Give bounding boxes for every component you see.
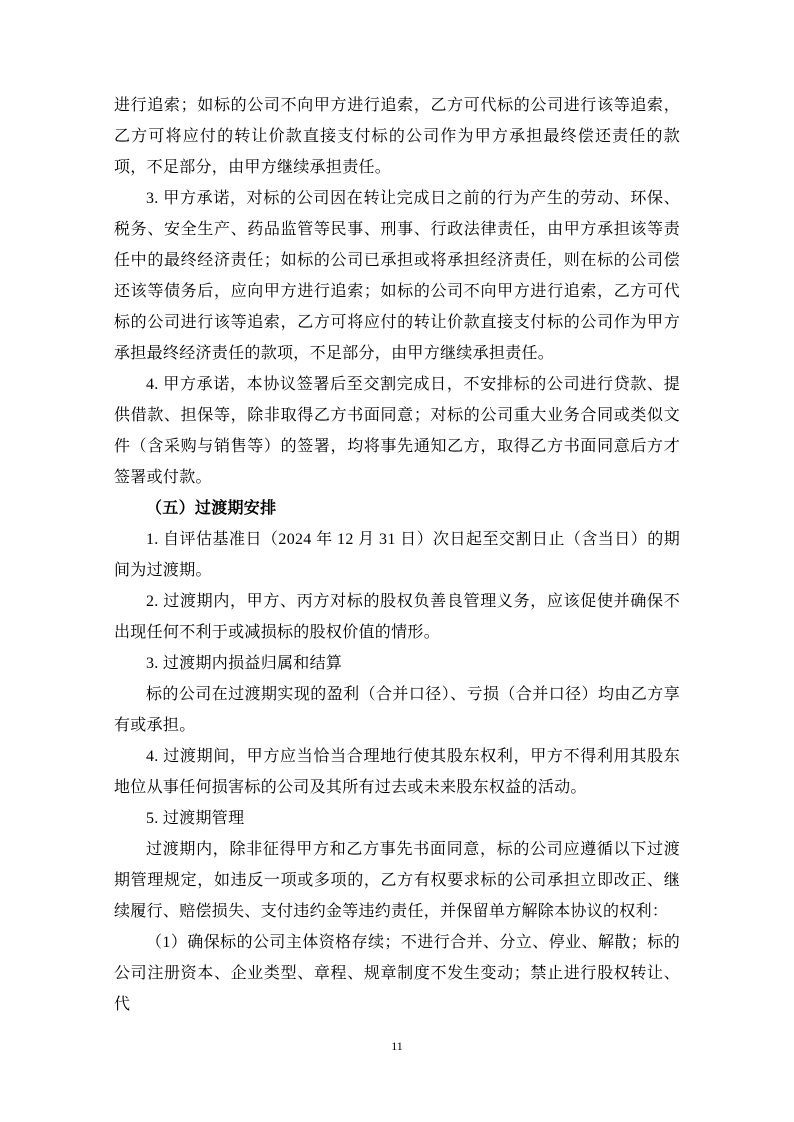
clause-continuation-paragraph: 进行追索；如标的公司不向甲方进行追索，乙方可代标的公司进行该等追索，乙方可将应付… xyxy=(114,90,680,183)
transition-clause-2-paragraph: 2. 过渡期内，甲方、丙方对标的股权负善良管理义务，应该促使并确保不出现任何不利… xyxy=(114,586,680,648)
transition-clause-5-body-paragraph: 过渡期内，除非征得甲方和乙方事先书面同意，标的公司应遵循以下过渡期管理规定，如违… xyxy=(114,834,680,927)
transition-clause-1-paragraph: 1. 自评估基准日（2024 年 12 月 31 日）次日起至交割日止（含当日）… xyxy=(114,524,680,586)
section-heading-transition-period: （五）过渡期安排 xyxy=(114,493,680,524)
clause-3-paragraph: 3. 甲方承诺，对标的公司因在转让完成日之前的行为产生的劳动、环保、税务、安全生… xyxy=(114,183,680,369)
transition-clause-4-paragraph: 4. 过渡期间，甲方应当恰当合理地行使其股东权利，甲方不得利用其股东地位从事任何… xyxy=(114,741,680,803)
transition-clause-5-heading-paragraph: 5. 过渡期管理 xyxy=(114,803,680,834)
clause-4-paragraph: 4. 甲方承诺，本协议签署后至交割完成日，不安排标的公司进行贷款、提供借款、担保… xyxy=(114,369,680,493)
page-number: 11 xyxy=(0,1038,794,1054)
transition-clause-5-item-1-paragraph: （1）确保标的公司主体资格存续；不进行合并、分立、停业、解散；标的公司注册资本、… xyxy=(114,927,680,1020)
document-page: 进行追索；如标的公司不向甲方进行追索，乙方可代标的公司进行该等追索，乙方可将应付… xyxy=(0,0,794,1122)
transition-clause-3-heading-paragraph: 3. 过渡期内损益归属和结算 xyxy=(114,648,680,679)
document-body: 进行追索；如标的公司不向甲方进行追索，乙方可代标的公司进行该等追索，乙方可将应付… xyxy=(114,90,680,1020)
transition-clause-3-body-paragraph: 标的公司在过渡期实现的盈利（合并口径）、亏损（合并口径）均由乙方享有或承担。 xyxy=(114,679,680,741)
